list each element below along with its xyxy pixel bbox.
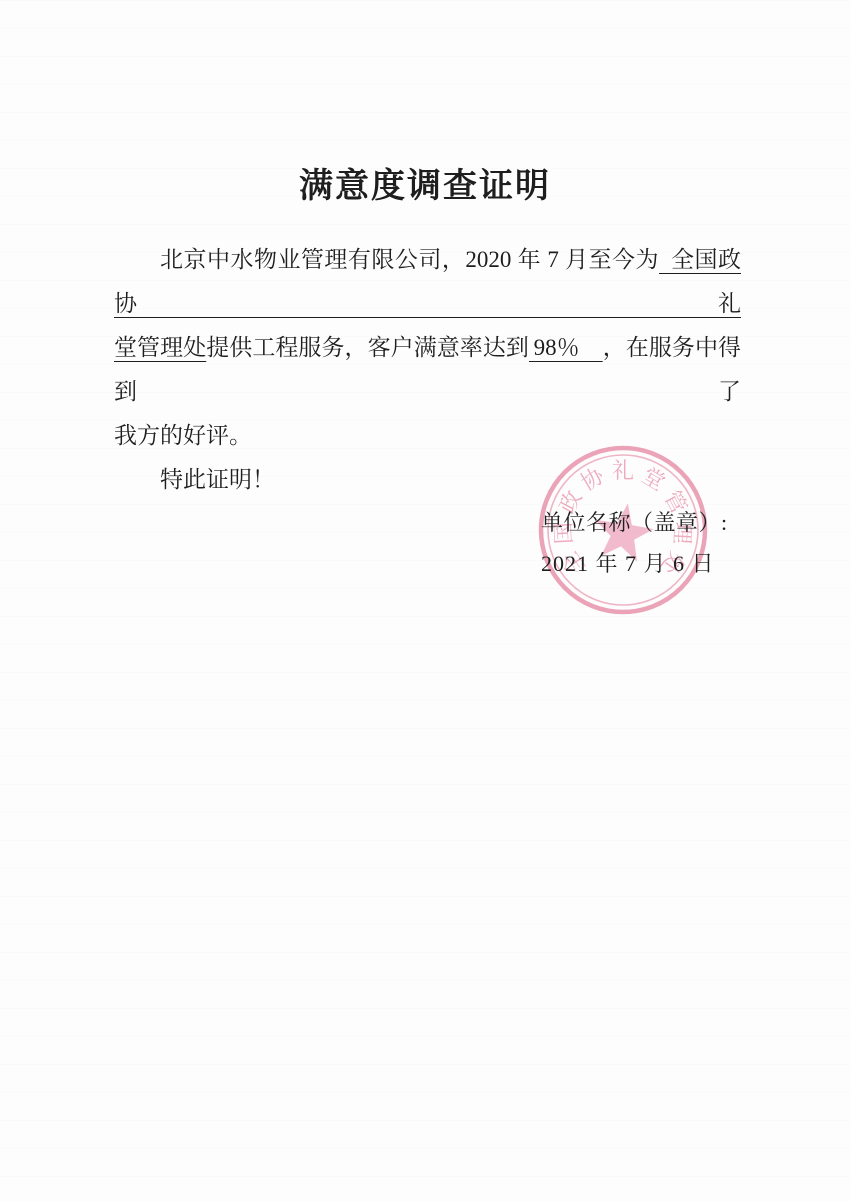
document-title: 满意度调查证明 bbox=[0, 158, 850, 207]
body-line-4: 特此证明！ bbox=[114, 458, 741, 502]
line2-filled-blank-lead: 堂管理处 bbox=[114, 335, 206, 360]
line2-text: 提供工程服务，客户满意率达到 bbox=[206, 335, 529, 360]
signature-unit-label: 单位名称（盖章）: bbox=[541, 506, 728, 537]
body-line-3: 我方的好评。 bbox=[114, 414, 741, 458]
scanned-document-page: 全 国 政 协 礼 堂 管 理 处 满意度调查证明 北京中水物业管理有限公司，2… bbox=[0, 0, 850, 1201]
body-line-2: 堂管理处提供工程服务，客户满意率达到 98％ ，在服务中得到了 bbox=[114, 326, 741, 414]
line1-text: 北京中水物业管理有限公司，2020 年 7 月至今为 bbox=[160, 247, 659, 272]
satisfaction-rate-filled-blank: 98％ bbox=[529, 335, 603, 360]
body-line-1: 北京中水物业管理有限公司，2020 年 7 月至今为 全国政协礼 bbox=[114, 238, 741, 326]
document-body: 北京中水物业管理有限公司，2020 年 7 月至今为 全国政协礼 堂管理处提供工… bbox=[114, 238, 741, 502]
signature-date: 2021 年 7 月 6 日 bbox=[541, 547, 715, 578]
